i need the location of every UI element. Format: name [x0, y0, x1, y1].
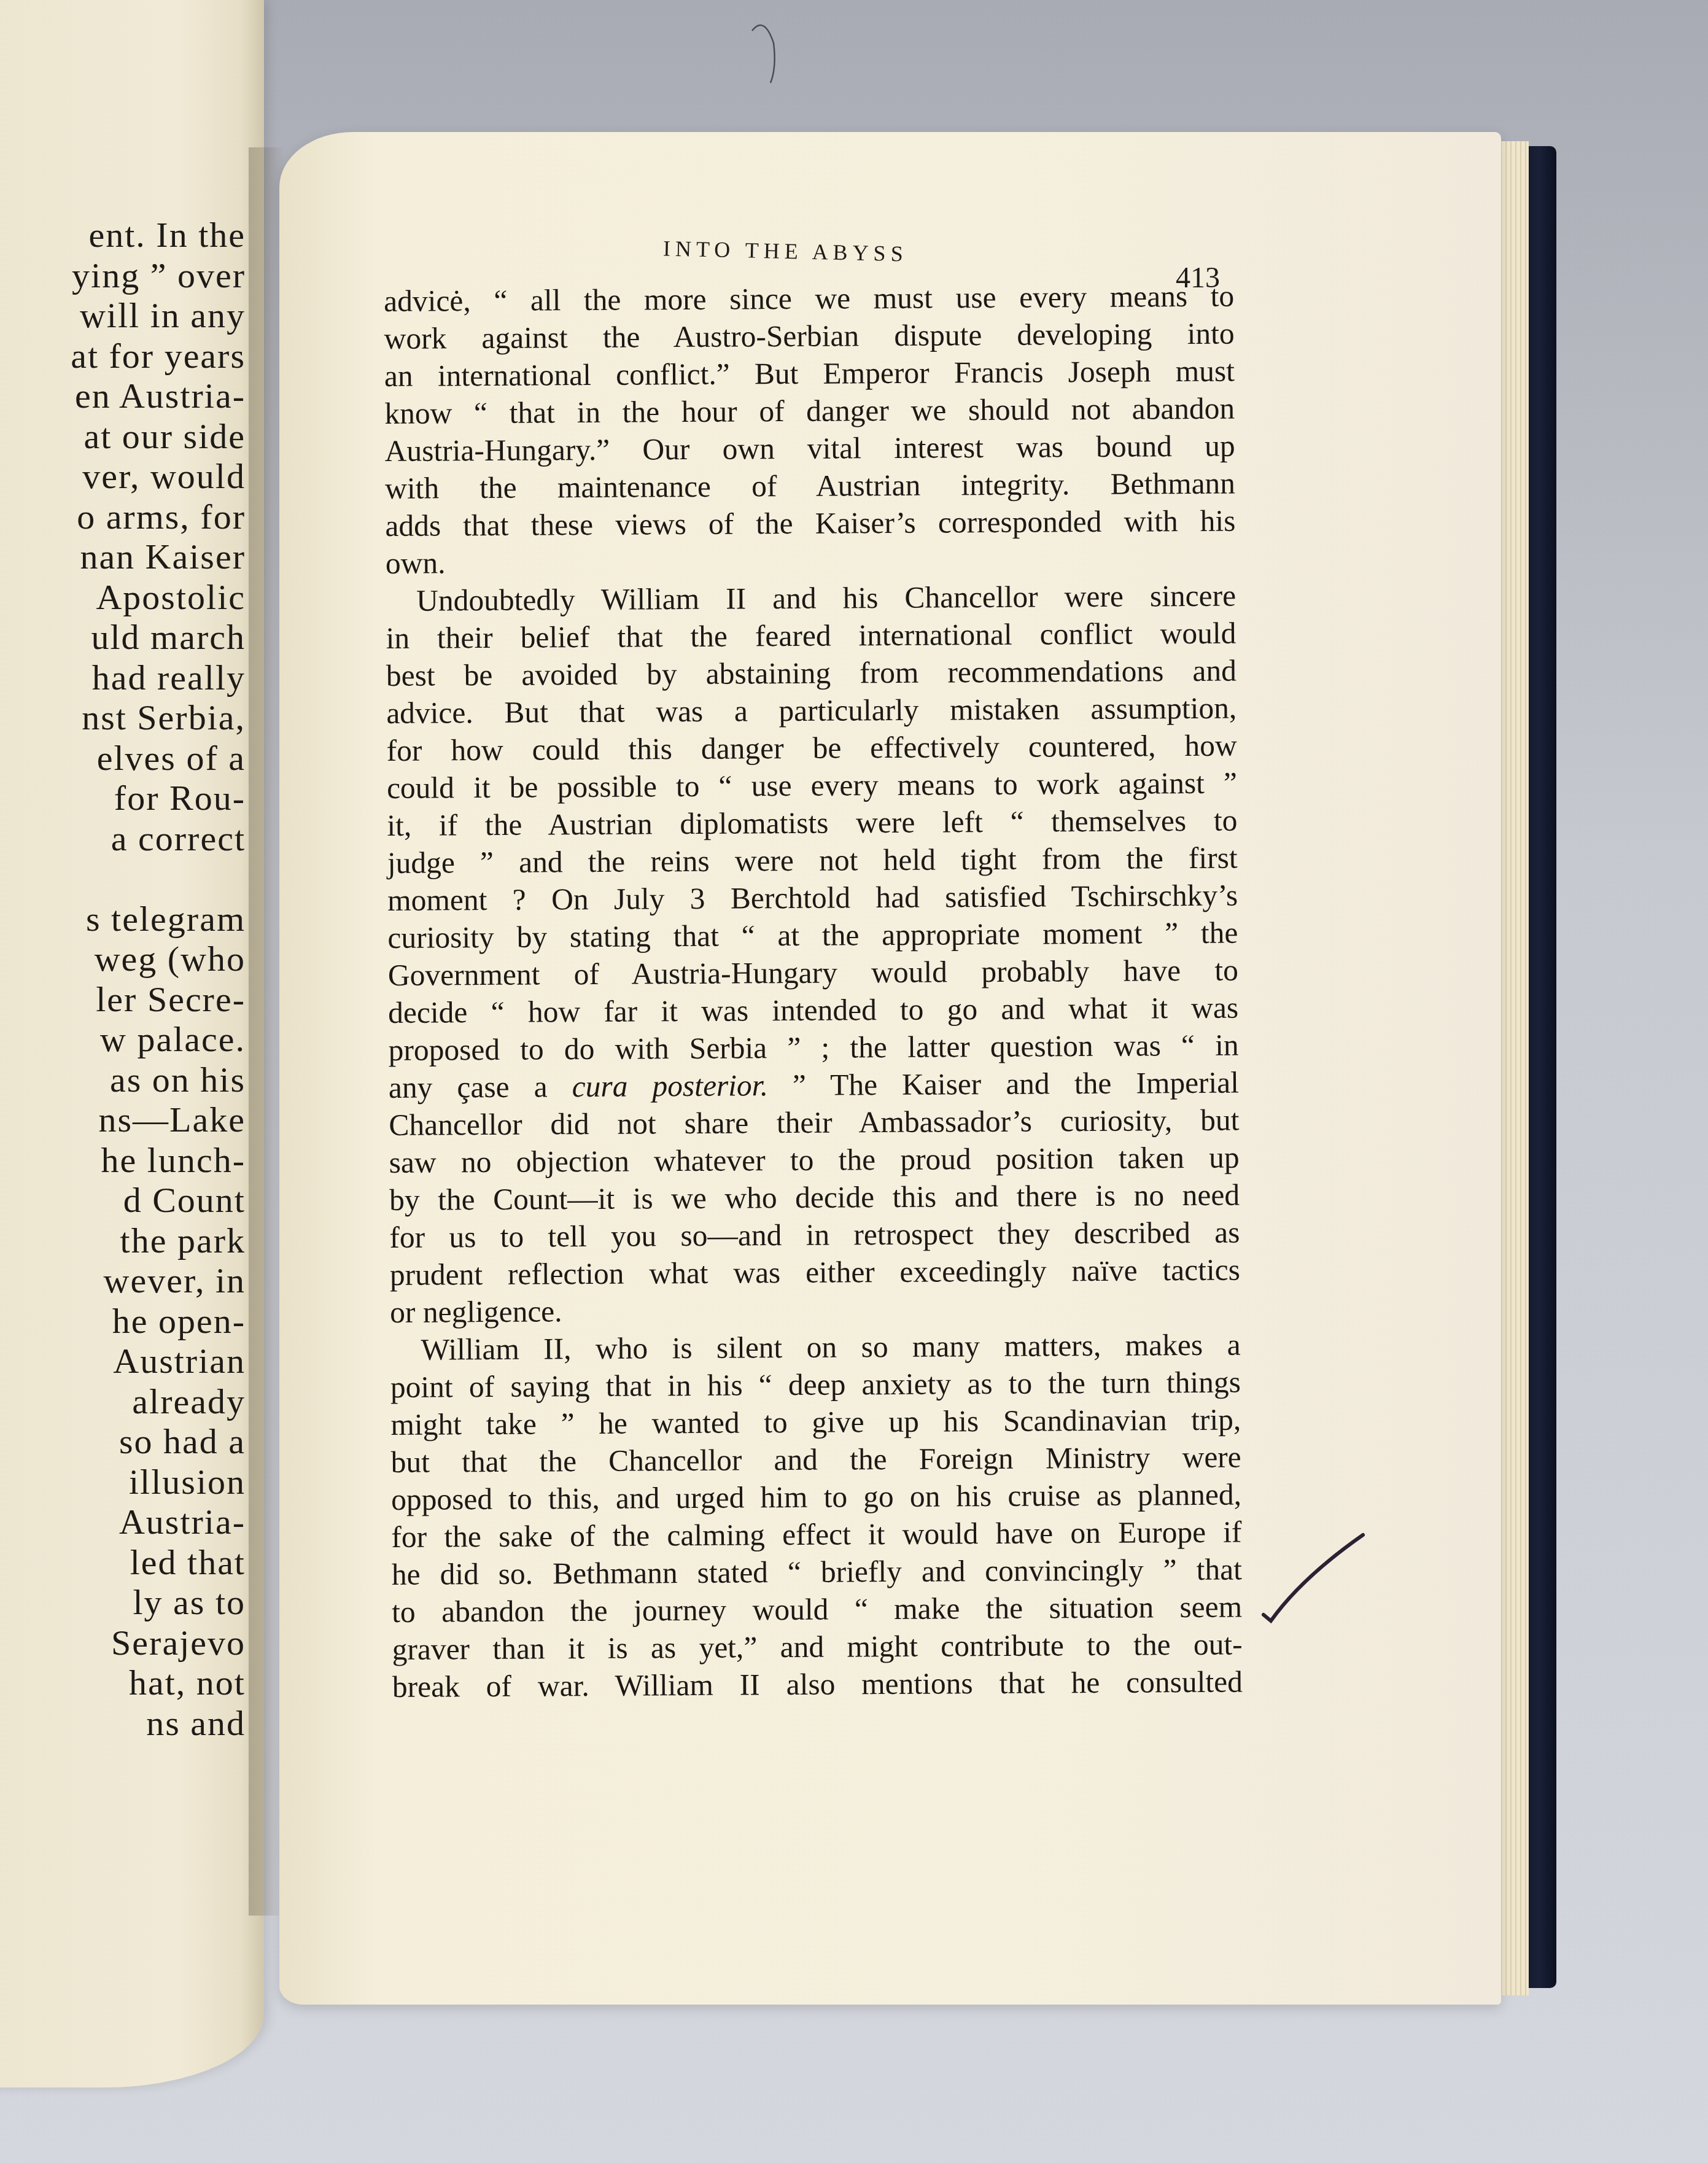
- text-line: William II, who is silent on so many mat…: [390, 1326, 1240, 1369]
- text-line: proposed to do with Serbia ” ; the latte…: [388, 1027, 1238, 1069]
- text-line: curiosity by stating that “ at the appro…: [387, 914, 1238, 957]
- checkmark-icon: [1259, 1529, 1369, 1633]
- text-line: with the maintenance of Austrian integri…: [385, 465, 1235, 507]
- text-line: break of war. William II also mentions t…: [392, 1663, 1243, 1705]
- text-line: advice. But that was a particularly mist…: [386, 689, 1236, 732]
- text-line: decide “ how far it was intended to go a…: [388, 989, 1238, 1031]
- left-page-line: w palace.: [0, 1019, 246, 1060]
- left-page-line: the park: [0, 1221, 246, 1261]
- left-page-line: ns and: [0, 1703, 246, 1744]
- left-page-line: en Austria-: [0, 376, 246, 416]
- left-page-line: had really: [0, 658, 246, 698]
- left-page-line: ler Secre-: [0, 979, 246, 1020]
- text-line: saw no objection whatever to the proud p…: [389, 1139, 1240, 1181]
- left-page-line: Austrian: [0, 1341, 246, 1381]
- text-line: for the sake of the calming effect it wo…: [391, 1513, 1241, 1556]
- left-page-line: ly as to: [0, 1582, 246, 1623]
- text-line: know “ that in the hour of danger we sho…: [384, 390, 1235, 432]
- text-line: could it be possible to “ use every mean…: [387, 764, 1237, 807]
- text-line: Austria-Hungary.” Our own vital interest…: [384, 427, 1235, 470]
- left-page-line: Apostolic: [0, 577, 246, 618]
- text-segment: any çase a: [389, 1070, 572, 1105]
- text-line: work against the Austro-Serbian dispute …: [384, 315, 1234, 357]
- text-line: point of saying that in his “ deep anxie…: [390, 1364, 1241, 1406]
- left-page-line: at for years: [0, 336, 246, 376]
- text-line: in their belief that the feared internat…: [386, 615, 1236, 657]
- text-line: an international conflict.” But Emperor …: [384, 352, 1235, 395]
- text-line: might take ” he wanted to give up his Sc…: [390, 1401, 1241, 1443]
- left-page-line: ver, would: [0, 456, 246, 497]
- left-page-line: illusion: [0, 1462, 246, 1502]
- left-page-line: elves of a: [0, 738, 246, 779]
- left-page-line: nan Kaiser: [0, 537, 246, 577]
- text-line: any çase a cura posterior. ” The Kaiser …: [389, 1064, 1239, 1106]
- italic-phrase: cura posterior.: [572, 1068, 769, 1103]
- left-page-line: ent. In the: [0, 215, 246, 255]
- text-line: opposed to this, and urged him to go on …: [391, 1476, 1241, 1518]
- text-line: but that the Chancellor and the Foreign …: [391, 1439, 1241, 1481]
- text-line: it, if the Austrian diplomatists were le…: [387, 802, 1237, 844]
- text-line: moment ? On July 3 Berchtold had satisfi…: [387, 877, 1238, 919]
- left-page-line: uld march: [0, 617, 246, 658]
- stray-hair: [746, 18, 795, 86]
- left-page-line: wever, in: [0, 1260, 246, 1301]
- text-line: own.: [386, 540, 1236, 582]
- text-line: by the Count—it is we who decide this an…: [389, 1176, 1240, 1219]
- left-page-text: ent. In theying ” overwill in anyat for …: [0, 215, 246, 1743]
- left-page-line: led that: [0, 1542, 246, 1583]
- left-page-line: as on his: [0, 1060, 246, 1100]
- text-segment: ” The Kaiser and the Imperial: [768, 1066, 1239, 1103]
- text-line: or negligence.: [390, 1289, 1240, 1331]
- left-page-line: he lunch-: [0, 1140, 246, 1181]
- left-page-line: so had a: [0, 1421, 246, 1462]
- text-line: Chancellor did not share their Ambassado…: [389, 1101, 1239, 1144]
- text-line: graver than it is as yet,” and might con…: [392, 1625, 1242, 1668]
- text-line: Government of Austria-Hungary would prob…: [388, 952, 1238, 994]
- left-page-line: ying ” over: [0, 255, 246, 296]
- left-page-line: already: [0, 1381, 246, 1422]
- left-page-line: will in any: [0, 295, 246, 336]
- left-page-line: weg (who: [0, 939, 246, 979]
- left-page-line: nst Serbia,: [0, 697, 246, 738]
- left-page-line: d Count: [0, 1180, 246, 1221]
- text-line: he did so. Bethmann stated “ briefly and…: [392, 1551, 1242, 1593]
- text-line: judge ” and the reins were not held tigh…: [387, 839, 1238, 882]
- text-line: advicė, “ all the more since we must use…: [384, 278, 1234, 320]
- left-page-line: Serajevo: [0, 1623, 246, 1663]
- text-line: for how could this danger be effectively…: [386, 727, 1236, 769]
- text-line: prudent reflection what was either excee…: [390, 1251, 1240, 1294]
- text-line: Undoubtedly William II and his Chancello…: [386, 577, 1236, 619]
- left-page-line: o arms, for: [0, 497, 246, 537]
- left-page-line: at our side: [0, 416, 246, 457]
- left-page-line: for Rou-: [0, 778, 246, 818]
- text-line: to abandon the journey would “ make the …: [392, 1588, 1242, 1630]
- text-line: adds that these views of the Kaiser’s co…: [385, 502, 1235, 545]
- left-page-line: he open-: [0, 1301, 246, 1342]
- text-line: for us to tell you so—and in retrospect …: [389, 1214, 1240, 1256]
- text-line: best be avoided by abstaining from recom…: [386, 652, 1236, 694]
- page-body-text: advicė, “ all the more since we must use…: [384, 278, 1243, 1706]
- left-page-line: [0, 858, 246, 899]
- left-page: ent. In theying ” overwill in anyat for …: [0, 0, 264, 2087]
- left-page-line: Austria-: [0, 1502, 246, 1542]
- left-page-line: hat, not: [0, 1663, 246, 1703]
- left-page-line: ns—Lake: [0, 1100, 246, 1140]
- left-page-line: s telegram: [0, 899, 246, 939]
- left-page-line: a correct: [0, 818, 246, 859]
